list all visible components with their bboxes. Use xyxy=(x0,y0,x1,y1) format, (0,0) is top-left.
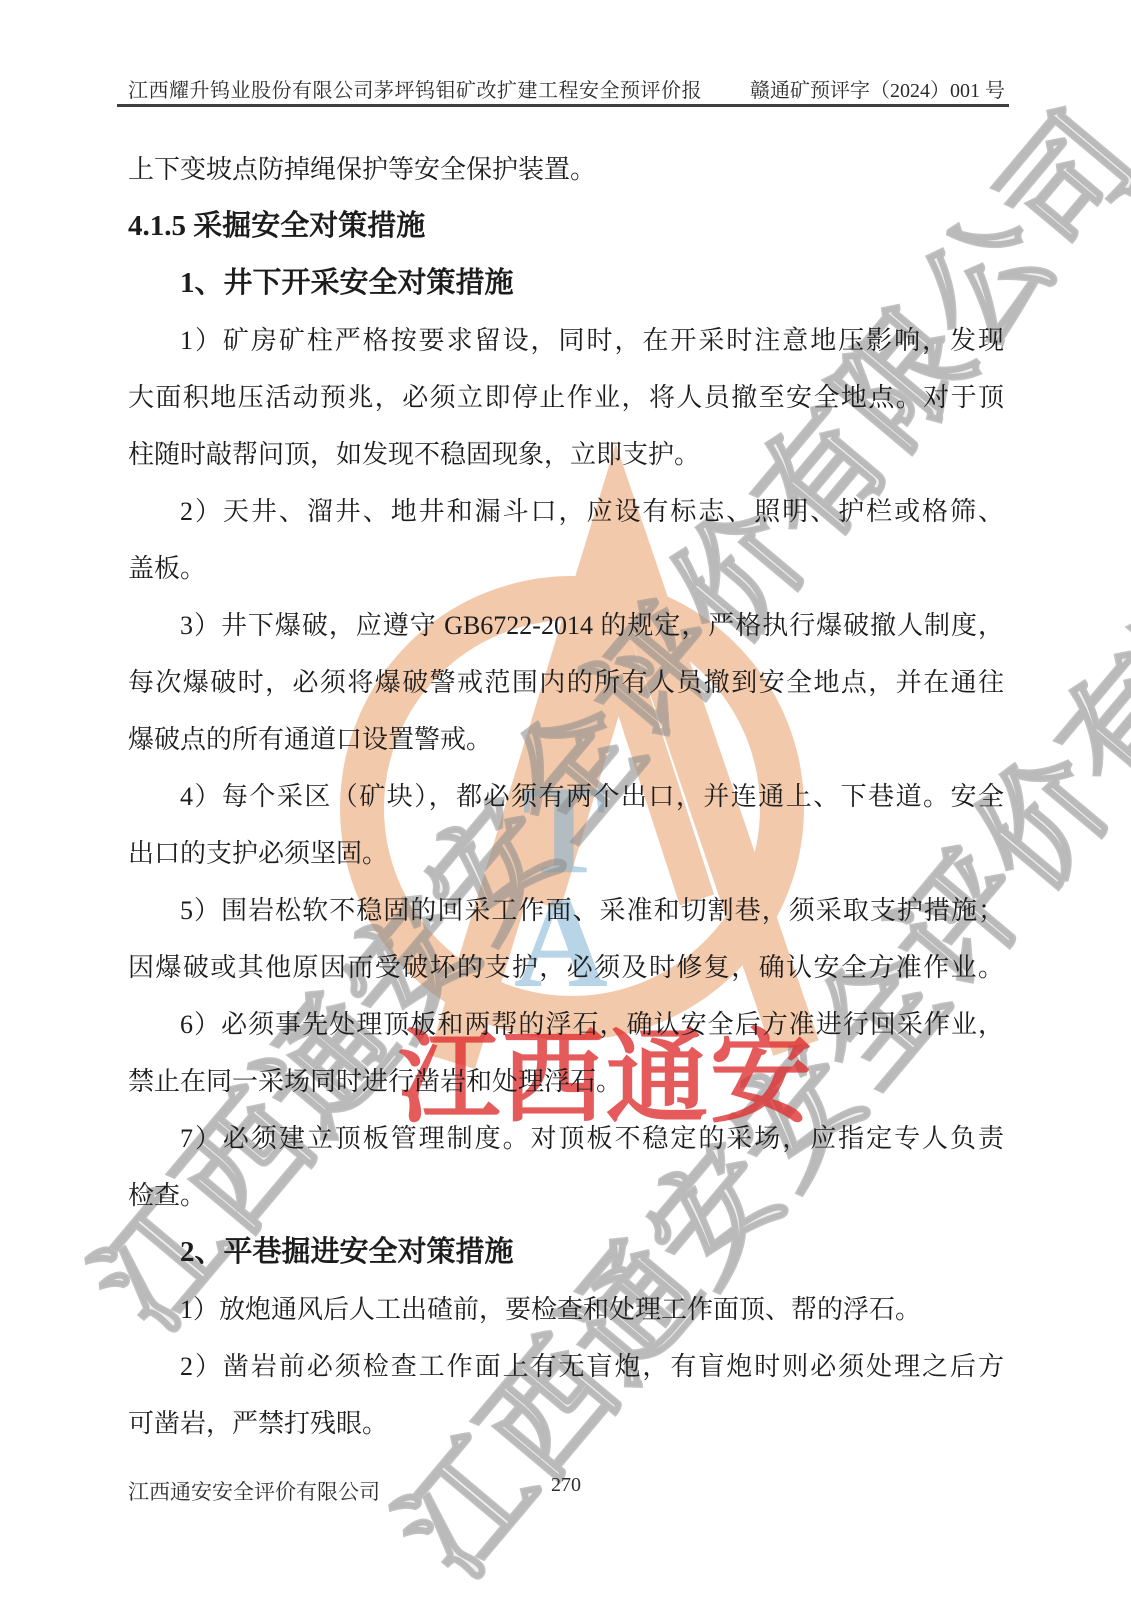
body-line: 因爆破或其他原因而受破坏的支护，必须及时修复，确认安全方准作业。 xyxy=(128,939,1004,996)
body-line: 盖板。 xyxy=(128,540,1004,597)
body-line: 禁止在同一采场同时进行凿岩和处理浮石。 xyxy=(128,1053,1004,1110)
body-line: 大面积地压活动预兆，必须立即停止作业，将人员撤至安全地点。对于顶 xyxy=(128,369,1004,426)
body-line: 2）凿岩前必须检查工作面上有无盲炮，有盲炮时则必须处理之后方 xyxy=(128,1338,1004,1395)
header-divider xyxy=(117,104,1009,107)
body-line: 出口的支护必须坚固。 xyxy=(128,825,1004,882)
document-page: 江西耀升钨业股份有限公司茅坪钨钼矿改扩建工程安全预评价报 赣通矿预评字（2024… xyxy=(0,0,1131,1600)
body-text: 上下变坡点防掉绳保护等安全保护装置。4.1.5 采掘安全对策措施1、井下开采安全… xyxy=(128,141,1004,1452)
body-line: 上下变坡点防掉绳保护等安全保护装置。 xyxy=(128,141,1004,198)
body-line: 6）必须事先处理顶板和两帮的浮石，确认安全后方准进行回采作业， xyxy=(128,996,1004,1053)
footer-company-name: 江西通安安全评价有限公司 xyxy=(128,1476,380,1506)
body-line: 1）矿房矿柱严格按要求留设，同时，在开采时注意地压影响，发现 xyxy=(128,312,1004,369)
body-line: 4）每个采区（矿块），都必须有两个出口，并连通上、下巷道。安全 xyxy=(128,768,1004,825)
header-document-number: 赣通矿预评字（2024）001 号 xyxy=(750,74,1005,103)
body-line: 7）必须建立顶板管理制度。对顶板不稳定的采场，应指定专人负责 xyxy=(128,1110,1004,1167)
body-line: 2、平巷掘进安全对策措施 xyxy=(128,1224,1004,1281)
body-line: 1、井下开采安全对策措施 xyxy=(128,255,1004,312)
body-line: 柱随时敲帮问顶，如发现不稳固现象，立即支护。 xyxy=(128,426,1004,483)
body-line: 检查。 xyxy=(128,1167,1004,1224)
body-line: 可凿岩，严禁打残眼。 xyxy=(128,1395,1004,1452)
body-line: 4.1.5 采掘安全对策措施 xyxy=(128,198,1004,255)
body-line: 2）天井、溜井、地井和漏斗口，应设有标志、照明、护栏或格筛、 xyxy=(128,483,1004,540)
header-report-title: 江西耀升钨业股份有限公司茅坪钨钼矿改扩建工程安全预评价报 xyxy=(128,74,702,103)
body-line: 3）井下爆破，应遵守 GB6722-2014 的规定，严格执行爆破撤人制度， xyxy=(128,597,1004,654)
body-line: 1）放炮通风后人工出碴前，要检查和处理工作面顶、帮的浮石。 xyxy=(128,1281,1004,1338)
body-line: 爆破点的所有通道口设置警戒。 xyxy=(128,711,1004,768)
body-line: 每次爆破时，必须将爆破警戒范围内的所有人员撤到安全地点，并在通往 xyxy=(128,654,1004,711)
body-line: 5）围岩松软不稳固的回采工作面、采准和切割巷，须采取支护措施； xyxy=(128,882,1004,939)
